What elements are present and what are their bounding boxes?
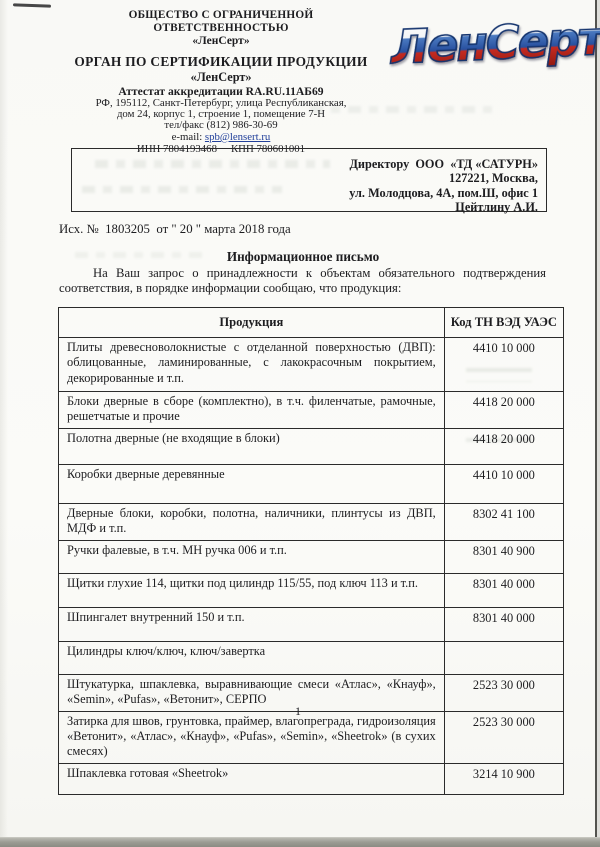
product-cell: Шпингалет внутренний 150 и т.п.	[59, 608, 445, 642]
certification-body-title: ОРГАН ПО СЕРТИФИКАЦИИ ПРОДУКЦИИ	[55, 55, 387, 69]
product-cell: Щитки глухие 114, щитки под цилиндр 115/…	[59, 574, 445, 608]
code-cell	[444, 642, 563, 675]
code-cell: 4410 10 000	[444, 465, 563, 504]
scan-mark	[13, 3, 51, 7]
recipient-line: ул. Молодцова, 4А, пом.Ш, офис 1	[72, 186, 538, 200]
table-header-row: Продукция Код ТН ВЭД УАЭС	[59, 308, 564, 338]
products-table: Продукция Код ТН ВЭД УАЭС Плиты древесно…	[58, 307, 564, 795]
email-line: e-mail: spb@lensert.ru	[55, 132, 387, 143]
letterhead: ОБЩЕСТВО С ОГРАНИЧЕННОЙ ОТВЕТСТВЕННОСТЬЮ…	[55, 9, 387, 155]
recipient-line: Директору ООО «ТД «САТУРН»	[72, 157, 538, 171]
outgoing-reference-line: Исх. № 1803205 от " 20 " марта 2018 года	[59, 222, 291, 237]
column-header-code: Код ТН ВЭД УАЭС	[444, 308, 563, 338]
table-row: Блоки дверные в сборе (комплектно), в т.…	[59, 392, 564, 429]
code-cell: 4418 20 000	[444, 429, 563, 465]
table-row: Плиты древесноволокнистые с отделанной п…	[59, 338, 564, 392]
company-name-line2: ОТВЕТСТВЕННОСТЬЮ	[55, 22, 387, 35]
product-cell: Полотна дверные (не входящие в блоки)	[59, 429, 445, 465]
code-cell: 8301 40 900	[444, 541, 563, 574]
accreditation-certificate: Аттестат аккредитации RA.RU.11АБ69	[55, 85, 387, 98]
table-row: Щитки глухие 114, щитки под цилиндр 115/…	[59, 574, 564, 608]
code-cell: 4410 10 000	[444, 338, 563, 392]
product-cell: Шпаклевка готовая «Sheetrok»	[59, 763, 445, 794]
product-cell: Ручки фалевые, в т.ч. МН ручка 006 и т.п…	[59, 541, 445, 574]
product-cell: Цилиндры ключ/ключ, ключ/завертка	[59, 642, 445, 675]
email-address: spb@lensert.ru	[205, 131, 270, 143]
table-row: Шпаклевка готовая «Sheetrok»3214 10 900	[59, 763, 564, 794]
table-row: Цилиндры ключ/ключ, ключ/завертка	[59, 642, 564, 675]
recipient-line: 127221, Москва,	[72, 171, 538, 185]
lensert-logo: ЛенСерт	[390, 12, 593, 86]
recipient-address-box: Директору ООО «ТД «САТУРН» 127221, Москв…	[71, 148, 547, 212]
code-cell: 8302 41 100	[444, 504, 563, 541]
code-cell: 8301 40 000	[444, 574, 563, 608]
code-cell: 8301 40 000	[444, 608, 563, 642]
scan-edge-left	[0, 0, 8, 838]
company-short-name: «ЛенСерт»	[55, 35, 387, 48]
code-cell: 4418 20 000	[444, 392, 563, 429]
page-number: 1	[58, 704, 538, 719]
certification-body-name: «ЛенСерт»	[55, 70, 387, 84]
table-row: Ручки фалевые, в т.ч. МН ручка 006 и т.п…	[59, 541, 564, 574]
product-cell: Дверные блоки, коробки, полотна, налични…	[59, 504, 445, 541]
letter-title: Информационное письмо	[58, 249, 548, 265]
product-table-body: Плиты древесноволокнистые с отделанной п…	[59, 338, 564, 795]
product-cell: Плиты древесноволокнистые с отделанной п…	[59, 338, 445, 392]
product-cell: Коробки дверные деревянные	[59, 465, 445, 504]
code-cell: 3214 10 900	[444, 763, 563, 794]
company-name-line1: ОБЩЕСТВО С ОГРАНИЧЕННОЙ	[55, 9, 387, 22]
column-header-product: Продукция	[59, 308, 445, 338]
table-row: Дверные блоки, коробки, полотна, налични…	[59, 504, 564, 541]
table-row: Шпингалет внутренний 150 и т.п.8301 40 0…	[59, 608, 564, 642]
scan-edge-right	[595, 0, 597, 847]
email-label: e-mail:	[172, 131, 205, 143]
scanned-letter-page: ОБЩЕСТВО С ОГРАНИЧЕННОЙ ОТВЕТСТВЕННОСТЬЮ…	[0, 0, 600, 847]
letter-intro-paragraph: На Ваш запрос о принадлежности к объекта…	[59, 266, 546, 297]
recipient-line: Цейтлину А.И.	[72, 200, 538, 214]
table-row: Коробки дверные деревянные4410 10 000	[59, 465, 564, 504]
lensert-logo-text: ЛенСерт	[390, 11, 600, 74]
table-row: Полотна дверные (не входящие в блоки)441…	[59, 429, 564, 465]
scan-edge-bottom	[0, 837, 600, 847]
product-cell: Блоки дверные в сборе (комплектно), в т.…	[59, 392, 445, 429]
